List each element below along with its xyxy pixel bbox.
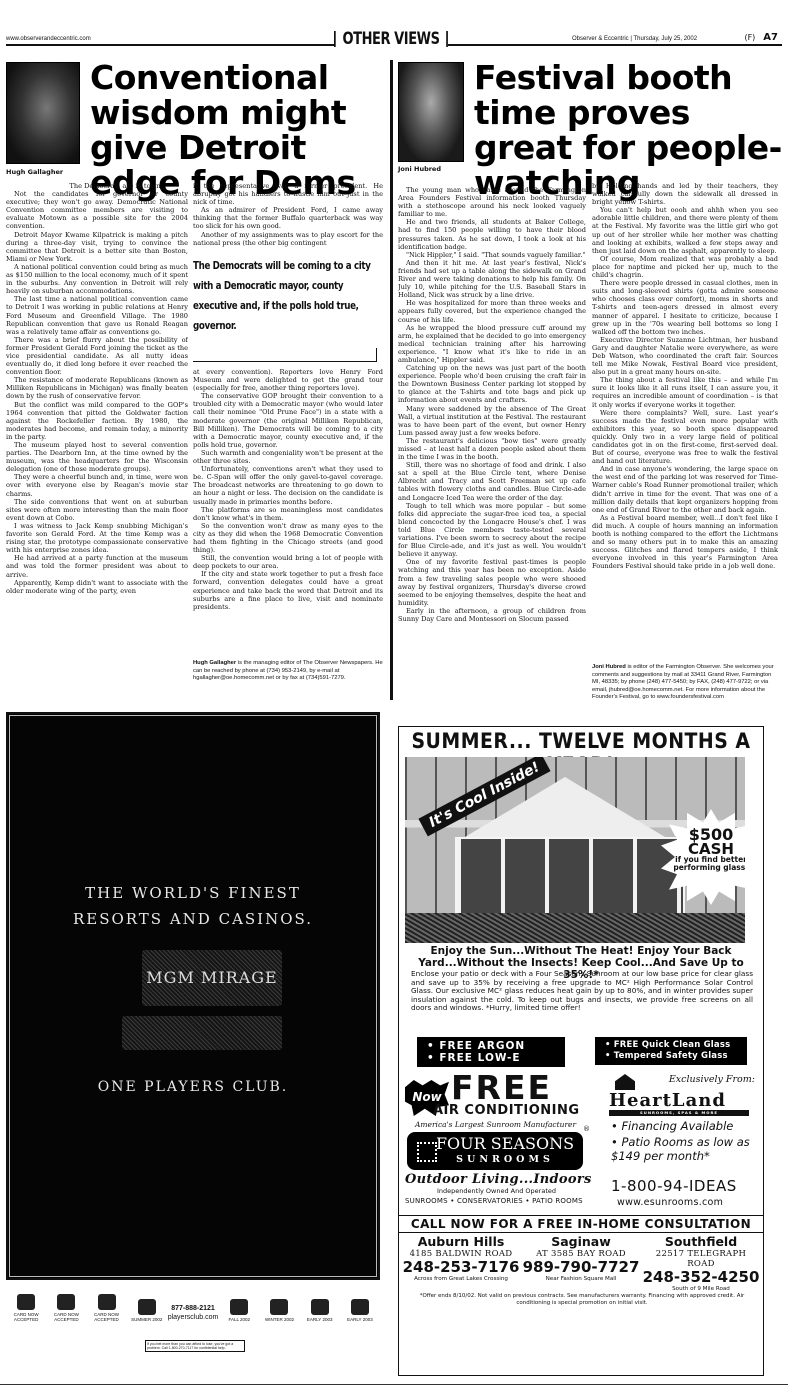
- paragraph: Apparently, Kemp didn't want to associat…: [6, 579, 188, 595]
- paragraph: Tough to tell which was more popular – b…: [398, 502, 586, 559]
- sunroom-logo-icon: [417, 1142, 437, 1162]
- paragraph: if the representative was a former presi…: [193, 182, 383, 206]
- players-club-contact: 877-888-2121 playersclub.com: [167, 1304, 219, 1322]
- pull-quote: The Democrats will be coming to a city w…: [193, 256, 383, 362]
- casino-advertisement[interactable]: THE WORLD'S FINEST RESORTS AND CASINOS. …: [6, 712, 380, 1280]
- left-article-column-2-bottom: at every convention). Reporters love Hen…: [193, 368, 383, 660]
- paragraph: As an admirer of President Ford, I came …: [193, 206, 383, 230]
- four-seasons-logo: FOUR SEASONS SUNROOMS: [407, 1132, 583, 1170]
- exclusively-from: Exclusively From:: [669, 1074, 755, 1085]
- paragraph: You can't help but oooh and ahhh when yo…: [592, 206, 778, 255]
- page-bottom-rule: [0, 1384, 788, 1385]
- players-card-image-2: [122, 1016, 282, 1050]
- location-southfield: Southfield 22517 TELEGRAPH ROAD 248-352-…: [641, 1235, 761, 1293]
- registered-mark: ®: [583, 1125, 590, 1133]
- edition-code: (F): [744, 33, 755, 42]
- call-now-banner: CALL NOW FOR A FREE IN-HOME CONSULTATION: [399, 1215, 763, 1233]
- paragraph: at every convention). Reporters love Hen…: [193, 368, 383, 392]
- casino-website[interactable]: playersclub.com: [167, 1313, 219, 1322]
- lion-logo-icon: [138, 1299, 156, 1315]
- column-divider: [390, 60, 393, 700]
- free-air-conditioning-promo: Now FREE AIR CONDITIONING: [405, 1072, 585, 1118]
- bullet-financing: • Financing Available: [611, 1119, 751, 1133]
- paragraph: But the conflict was mild compared to th…: [6, 401, 188, 441]
- paragraph: The resistance of moderate Republicans (…: [6, 376, 188, 400]
- paragraph: So the convention won't draw as many eye…: [193, 522, 383, 554]
- location-auburn-hills: Auburn Hills 4185 BALDWIN ROAD 248-253-7…: [401, 1235, 521, 1283]
- paragraph: He had arrived at a party function at th…: [6, 554, 188, 578]
- paragraph: One of my favorite festival past-times i…: [398, 558, 586, 607]
- house-icon: [615, 1074, 635, 1090]
- casino-tagline-1: THE WORLD'S FINEST: [8, 884, 378, 902]
- financing-bullets: • Financing Available • Patio Rooms as l…: [611, 1119, 751, 1165]
- paper-date: Observer & Eccentric | Thursday, July 25…: [572, 36, 697, 42]
- logo-mgm-grand-darwin: SUMMER 2002: [127, 1299, 167, 1322]
- paragraph: The thing about a festival like this – a…: [592, 376, 778, 408]
- paragraph: The young man who came around the Farmin…: [398, 186, 586, 218]
- paragraph: "Nick Hippler," I said. "That sounds vag…: [398, 251, 586, 259]
- paragraph: He was hospitalized for more than three …: [398, 299, 586, 323]
- bio-name: Hugh Gallagher: [193, 660, 236, 666]
- lion-logo-icon: [98, 1294, 116, 1310]
- paragraph: Such warmth and congeniality won't be pr…: [193, 449, 383, 465]
- paragraph: Catching up on the news was just part of…: [398, 364, 586, 404]
- paragraph: If the city and state work together to p…: [193, 570, 383, 610]
- paragraph: They were a cheerful bunch and, in time,…: [6, 473, 188, 497]
- paragraph: And then it hit me. At last year's festi…: [398, 259, 586, 299]
- sunroom-advertisement[interactable]: SUMMER... TWELVE MONTHS A YEAR! It's Coo…: [398, 726, 764, 1376]
- players-card-image: MGM MIRAGE: [142, 950, 282, 1006]
- bio-name: Joni Hubred: [592, 664, 626, 670]
- paragraph: The conservative GOP brought their conve…: [193, 392, 383, 449]
- author-photo-hugh-gallagher: [6, 62, 80, 164]
- paragraph: As a Festival board member, well...I don…: [592, 514, 778, 571]
- paragraph: Many were saddened by the absence of The…: [398, 405, 586, 437]
- gambling-help-note: If you bet more than you can afford to l…: [145, 1340, 245, 1352]
- author-caption: Joni Hubred: [398, 165, 441, 173]
- pull-quote-text: The Democrats will be coming to a city w…: [193, 256, 382, 336]
- site-url[interactable]: www.observerandeccentric.com: [6, 36, 91, 42]
- left-article-column-1: The Democrats are in town. Not the candi…: [6, 182, 188, 702]
- paragraph: Another of my assignments was to play es…: [193, 231, 383, 247]
- paragraph: The restaurant's delicious "bow ties" we…: [398, 437, 586, 461]
- paragraph: The side conventions that went on at sub…: [6, 498, 188, 522]
- paragraph: A national political convention could br…: [6, 263, 188, 295]
- logo-bellagio: CARD NOW ACCEPTED: [6, 1294, 46, 1322]
- burst-cash: CASH: [661, 842, 745, 856]
- paragraph: Were there complaints? Well, sure. Last …: [592, 409, 778, 466]
- masthead: www.observerandeccentric.com OTHER VIEWS…: [6, 28, 782, 46]
- author-photo-joni-hubred: [398, 62, 464, 162]
- offer-fine-print: *Offer ends 8/10/02. Not valid on previo…: [405, 1293, 759, 1307]
- author-caption: Hugh Gallagher: [6, 168, 63, 176]
- paragraph: And in case anyone's wondering, the larg…: [592, 465, 778, 514]
- left-article-column-2-top: if the representative was a former presi…: [193, 182, 383, 252]
- free-features-box: • FREE ARGON • FREE LOW-E: [417, 1037, 565, 1067]
- location-saginaw: Saginaw AT 3585 BAY ROAD 989-790-7727 Ne…: [521, 1235, 641, 1283]
- landscaping-shape: [405, 913, 745, 943]
- right-author-bio: Joni Hubred is editor of the Farmington …: [592, 664, 778, 702]
- paragraph: As he wrapped the blood pressure cuff ar…: [398, 324, 586, 364]
- paragraph: by. Holding hands and led by their teach…: [592, 182, 778, 206]
- casino-phone[interactable]: 877-888-2121: [167, 1304, 219, 1313]
- location-phone[interactable]: 248-352-4250: [641, 1269, 761, 1285]
- paragraph: The platforms are so meaningless most ca…: [193, 506, 383, 522]
- paragraph: Detroit Mayor Kwame Kilpatrick is making…: [6, 231, 188, 263]
- outdoor-living-slogan: Outdoor Living...Indoors: [405, 1172, 592, 1187]
- paragraph: Unfortunately, conventions aren't what t…: [193, 465, 383, 505]
- sunroom-photo: It's Cool Inside! $500 CASH if you find …: [405, 757, 745, 943]
- paragraph: There was a brief flurry about the possi…: [6, 336, 188, 376]
- casino-tagline-2: RESORTS AND CASINOS.: [8, 910, 378, 928]
- logo-beau-rivage: FALL 2002: [219, 1299, 259, 1322]
- paragraph: The Democrats are in town.: [6, 182, 188, 190]
- card-brand: MGM MIRAGE: [142, 968, 282, 987]
- sunroom-body: Enclose your patio or deck with a Four S…: [411, 970, 753, 1013]
- treasure-island-logo-icon: [351, 1299, 369, 1315]
- paragraph: The last time a national political conve…: [6, 295, 188, 335]
- paragraph: Of course, Mom realized that was probabl…: [592, 255, 778, 279]
- paragraph: Early in the afternoon, a group of child…: [398, 607, 586, 623]
- right-headline: Festival booth time proves great for peo…: [474, 60, 784, 200]
- left-headline: Conventional wisdom might give Detroit e…: [90, 60, 390, 200]
- beau-rivage-logo-icon: [230, 1299, 248, 1315]
- sunroom-website[interactable]: www.esunrooms.com: [617, 1197, 723, 1208]
- casino-logo-strip: CARD NOW ACCEPTED CARD NOW ACCEPTED CARD…: [6, 1282, 380, 1322]
- glass-features-box: • FREE Quick Clean Glass • Tempered Safe…: [595, 1037, 747, 1065]
- heartland-name: HeartLand: [609, 1090, 726, 1111]
- logo-mgm-grand: CARD NOW ACCEPTED: [46, 1294, 86, 1322]
- paragraph: Executive Director Suzanne Lichtman, her…: [592, 336, 778, 376]
- logo-mirage: EARLY 2003: [300, 1299, 340, 1322]
- burst-subtext: if you find better performing glass!: [661, 856, 745, 872]
- mgm-grand-logo-icon: [57, 1294, 75, 1310]
- paragraph: Not the candidates for governor or count…: [6, 190, 188, 230]
- heartland-subtitle: SUNROOMS, SPAS & MORE: [609, 1110, 749, 1116]
- paragraph: The museum played host to several conven…: [6, 441, 188, 473]
- page-number: (F)A7: [744, 32, 778, 43]
- paragraph: He and two friends, all students at Bake…: [398, 218, 586, 250]
- mirage-logo-icon: [311, 1299, 329, 1315]
- free-label: FREE: [451, 1072, 552, 1104]
- paragraph: I was witness to Jack Kemp snubbing Mich…: [6, 522, 188, 554]
- location-phone[interactable]: 989-790-7727: [521, 1259, 641, 1275]
- air-conditioning-label: AIR CONDITIONING: [433, 1103, 580, 1118]
- heartland-logo: Exclusively From: HeartLand SUNROOMS, SP…: [605, 1072, 755, 1118]
- pull-quote-rule: [193, 348, 377, 362]
- casino-tagline-3: ONE PLAYERS CLUB.: [8, 1079, 378, 1095]
- logo-golden-nugget: WINTER 2002: [259, 1299, 299, 1322]
- paragraph: Still, there was no shortage of food and…: [398, 461, 586, 501]
- right-article-column-2: by. Holding hands and led by their teach…: [592, 182, 778, 662]
- independently-owned: Independently Owned And Operated: [437, 1187, 556, 1195]
- logo-treasure-island: EARLY 2003: [340, 1299, 380, 1322]
- section-title: OTHER VIEWS: [334, 31, 448, 47]
- paragraph: Still, the convention would bring a lot …: [193, 554, 383, 570]
- paragraph: There were people dressed in casual clot…: [592, 279, 778, 336]
- product-types: SUNROOMS • CONSERVATORIES • PATIO ROOMS: [405, 1197, 583, 1205]
- page-label: A7: [763, 32, 778, 43]
- location-phone[interactable]: 248-253-7176: [401, 1259, 521, 1275]
- sunroom-phone[interactable]: 1-800-94-IDEAS: [611, 1177, 737, 1195]
- logo-mgm-grand-detroit: CARD NOW ACCEPTED: [86, 1294, 126, 1322]
- golden-nugget-logo-icon: [270, 1299, 288, 1315]
- right-article-column-1: The young man who came around the Farmin…: [398, 186, 586, 731]
- bellagio-logo-icon: [17, 1294, 35, 1310]
- bullet-patio-rooms: • Patio Rooms as low as $149 per month*: [611, 1135, 751, 1163]
- left-author-bio: Hugh Gallagher is the managing editor of…: [193, 660, 383, 683]
- manufacturer-tagline: America's Largest Sunroom Manufacturer: [415, 1120, 576, 1129]
